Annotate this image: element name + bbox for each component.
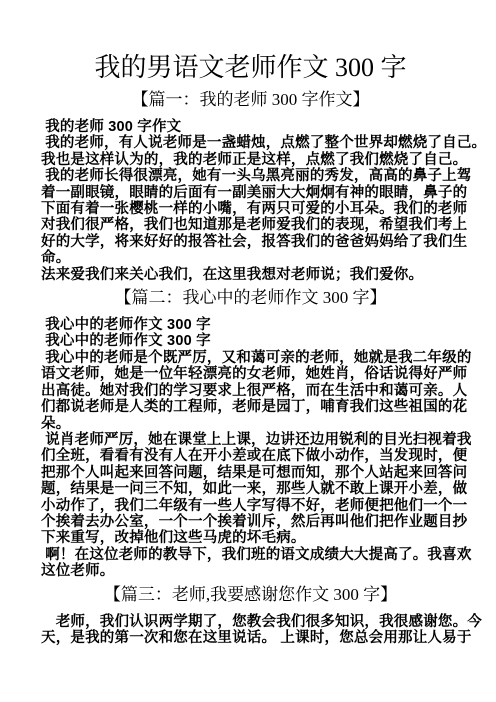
text-line: 好的大学，将来好好的报答社会，报答我们的爸爸妈妈给了我们生 — [41, 234, 460, 250]
text-line: 着一副眼镜，眼睛的后面有一副美丽大大炯炯有神的眼睛，鼻子的 — [41, 185, 460, 201]
text-line: 下来重写，改掉他们这些马虎的坏毛病。 — [41, 530, 460, 546]
text-line: 个挨着去办公室，一个一个挨着训斥，然后再叫他们把作业题目抄 — [41, 514, 460, 530]
text-line: 小动作了，我们二年级有一些人字写得不好，老师便把他们一个一 — [41, 498, 460, 514]
section-2: 【篇二：我心中的老师作文 300 字】 我心中的老师作文 300 字 我心中的老… — [41, 285, 460, 580]
section-1-heading: 【篇一：我的老师 300 字作文】 — [41, 87, 460, 112]
text-line: 我的老师，有人说老师是一盏蜡烛，点燃了整个世界却燃烧了自己。 — [41, 135, 460, 151]
text-line: 语文老师，她是一位年轻漂亮的女老师，她姓肖，俗话说得好严师 — [41, 366, 460, 382]
document-title: 我的男语文老师作文 300 字 — [41, 51, 460, 85]
text-line: 题，结果是一问三不知，如此一来，那些人就不敢上课开小差，做 — [41, 481, 460, 497]
text-line: 对我们很严格，我们也知道那是老师爱我们的表现，希望我们考上 — [41, 217, 460, 233]
document-page: 我的男语文老师作文 300 字 【篇一：我的老师 300 字作文】 我的老师 3… — [0, 0, 496, 702]
text-line: 把那个人叫起来回答问题，结果是可想而知，那个人站起来回答问 — [41, 465, 460, 481]
text-line: 们都说老师是人类的工程师，老师是园丁，哺育我们这些祖国的花 — [41, 399, 460, 415]
text-line: 我的老师 300 字作文 — [41, 119, 460, 135]
text-line: 我心中的老师作文 300 字 — [41, 317, 460, 333]
section-2-body: 我心中的老师作文 300 字 我心中的老师作文 300 字 我心中的老师是个既严… — [41, 317, 460, 580]
text-line: 说肖老师严厉，她在课堂上上课，边讲还边用锐利的目光扫视着我 — [41, 432, 460, 448]
text-line: 我的老师长得很漂亮，她有一头乌黑亮丽的秀发，高高的鼻子上驾 — [41, 168, 460, 184]
text-line: 我心中的老师是个既严厉，又和蔼可亲的老师，她就是我二年级的 — [41, 350, 460, 366]
text-line: 们全班，看看有没有人在开小差或在底下做小动作，当发现时，便 — [41, 448, 460, 464]
section-2-heading: 【篇二：我心中的老师作文 300 字】 — [41, 285, 460, 310]
text-line: 命。 — [41, 250, 460, 266]
text-line: 法来爱我们来关心我们，在这里我想对老师说；我们爱你。 — [41, 267, 460, 283]
text-line: 我也是这样认为的，我的老师正是这样，点燃了我们燃烧了自己。 — [41, 152, 460, 168]
text-line: 这位老师。 — [41, 563, 460, 579]
section-1-body: 我的老师 300 字作文 我的老师，有人说老师是一盏蜡烛，点燃了整个世界却燃烧了… — [41, 119, 460, 283]
section-3-body: 老师，我们认识两学期了，您教会我们很多知识，我很感谢您。今天，是我的第一次和您在… — [41, 614, 460, 647]
text-line: 出高徒。她对我们的学习要求上很严格，而在生活中和蔼可亲。人 — [41, 383, 460, 399]
text-line: 我心中的老师作文 300 字 — [41, 333, 460, 349]
text-line: 朵。 — [41, 416, 460, 432]
text-line: 下面有着一张樱桃一样的小嘴，有两只可爱的小耳朵。我们的老师 — [41, 201, 460, 217]
section-3-heading: 【篇三：老师,我要感谢您作文 300 字】 — [41, 582, 460, 607]
section-3: 【篇三：老师,我要感谢您作文 300 字】 老师，我们认识两学期了，您教会我们很… — [41, 582, 460, 647]
text-line: 天，是我的第一次和您在这里说话。 上课时，您总会用那让人易于 — [41, 630, 460, 646]
section-1: 【篇一：我的老师 300 字作文】 我的老师 300 字作文 我的老师，有人说老… — [41, 87, 460, 283]
text-line: 老师，我们认识两学期了，您教会我们很多知识，我很感谢您。今 — [41, 614, 460, 630]
text-line: 啊！在这位老师的教导下，我们班的语文成绩大大提高了。我喜欢 — [41, 547, 460, 563]
